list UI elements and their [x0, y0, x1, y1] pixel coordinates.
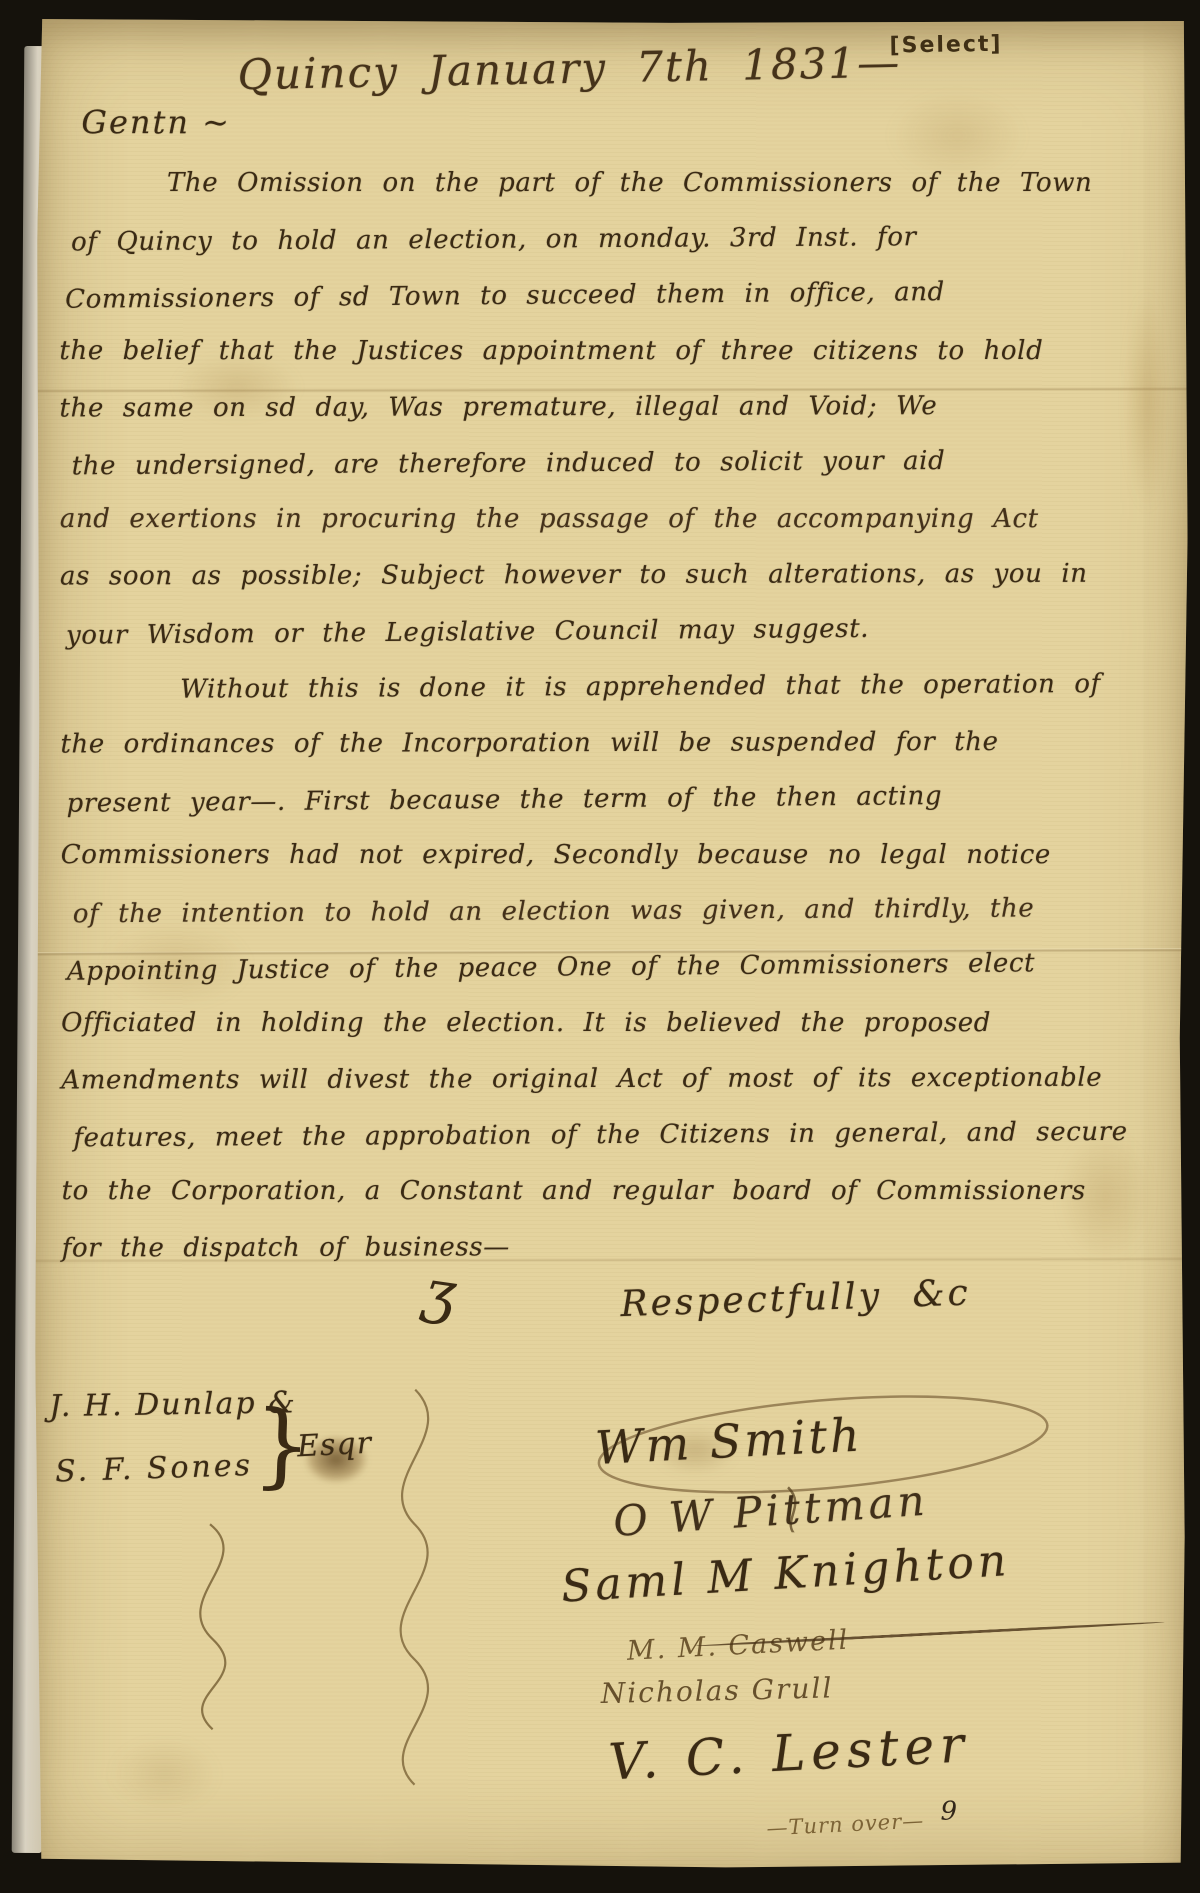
letter-line: Commissioners had not expired, Secondly … [61, 840, 1163, 896]
signature: Wm Smith [594, 1407, 864, 1474]
letter-line: of Quincy to hold an election, on monday… [71, 221, 1161, 284]
letter-line: Amendments will divest the original Act … [61, 1063, 1163, 1122]
letter-line: present year—. First because the term of… [66, 779, 1162, 845]
signature: M. M. Caswell [626, 1625, 850, 1667]
letter-line: your Wisdom or the Legislative Council m… [66, 611, 1162, 677]
letter-line: for the dispatch of business— [62, 1231, 1164, 1290]
addressee-line: S. F. Sones [55, 1448, 254, 1490]
letter-line: as soon as possible; Subject however to … [60, 559, 1162, 618]
letter-line: Officiated in holding the election. It i… [61, 1008, 1163, 1064]
letter-line: Commissioners of sd Town to succeed them… [65, 275, 1161, 341]
letter-line: the ordinances of the Incorporation will… [60, 727, 1162, 786]
letter-page: [Select] Quincy January 7th 1831— Gentn … [34, 19, 1189, 1870]
letter-line: to the Corporation, a Constant and regul… [62, 1176, 1164, 1232]
letter-line: The Omission on the part of the Commissi… [59, 168, 1161, 224]
letter-line: the same on sd day, Was premature, illeg… [60, 391, 1162, 450]
letter-line: and exertions in procuring the passage o… [60, 504, 1162, 560]
signature: O W Pittman [612, 1476, 930, 1546]
letter-line: features, meet the approbation of the Ci… [73, 1117, 1163, 1180]
letter-line: the undersigned, are therefore induced t… [72, 445, 1162, 508]
signature: Saml M Knighton [560, 1535, 1012, 1613]
letter-salutation: Gentn ~ [81, 103, 231, 141]
scan-background: { "page": { "select_label": "[Select]", … [0, 0, 1200, 1893]
signature-block: Wm SmithO W PittmanSaml M KnightonM. M. … [554, 1408, 1175, 1839]
signature: Nicholas Grull [600, 1671, 833, 1710]
page-number: 9 [940, 1797, 957, 1827]
letter-line: Appointing Justice of the peace One of t… [67, 947, 1163, 1013]
letter-dateline: Quincy January 7th 1831— [237, 38, 901, 100]
select-annotation[interactable]: [Select] [889, 32, 1002, 59]
signature: V. C. Lester [607, 1715, 971, 1791]
letter-line: the belief that the Justices appointment… [59, 336, 1161, 392]
addressee-title: Esqr [296, 1426, 373, 1465]
letter-line: Without this is done it is apprehended t… [72, 669, 1162, 732]
paper-stain [84, 1719, 244, 1829]
letter-line: of the intention to hold an election was… [73, 893, 1163, 956]
letter-body: The Omission on the part of the Commissi… [59, 167, 1164, 1290]
